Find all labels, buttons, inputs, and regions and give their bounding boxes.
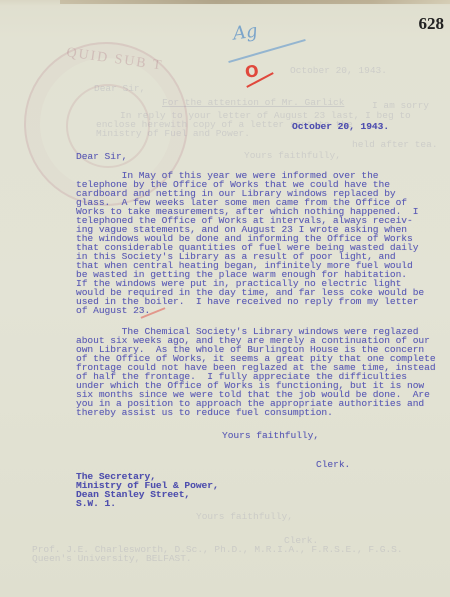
pencil-annotation: Ag [232, 20, 259, 44]
body-line: thereby assist us to reduce fuel consump… [76, 408, 333, 417]
folio-number: 628 [419, 14, 445, 34]
addressee-line: S.W. 1. [76, 499, 116, 508]
show-through-salutation: Dear Sir, [94, 84, 145, 93]
show-through-date: October 20, 1943. [290, 66, 387, 75]
body-line: of August 23. [76, 306, 150, 315]
letter-page: 628 QUID SUB T Ag O October 20, 1943. De… [0, 0, 450, 597]
signature-title: Clerk. [316, 460, 350, 469]
show-through-line: Yours faithfully, [244, 151, 341, 160]
red-annotation: O [244, 61, 260, 81]
show-through-line: Ministry of Fuel and Power. [96, 129, 250, 138]
show-through-footer: Queen's University, BELFAST. [32, 554, 192, 563]
watermark-motto: QUID SUB T [65, 45, 164, 74]
show-through-line: held after tea. [352, 140, 438, 149]
letter-closing: Yours faithfully, [222, 431, 319, 440]
show-through-line: Yours faithfully, [196, 512, 293, 521]
show-through-line: I am sorry [372, 101, 429, 110]
page-top-edge [60, 0, 450, 4]
letter-date: October 20, 1943. [292, 122, 389, 131]
show-through-subject: For the attention of Mr. Garlick [162, 98, 344, 107]
letter-salutation: Dear Sir, [76, 152, 127, 161]
